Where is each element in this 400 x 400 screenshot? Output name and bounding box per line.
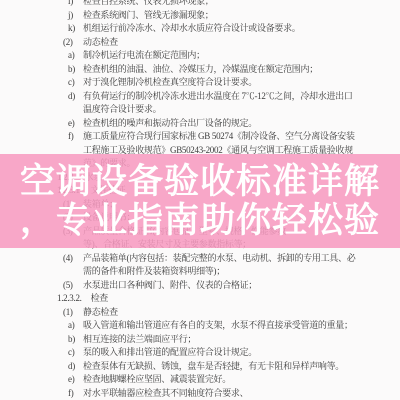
text-line: b)检查机组的油温、油位、冷媒压力，冷媒温度在额定范围内； [0,63,400,77]
text-line: c)泵的吸入和排出管道的配置应符合设计规定。 [0,346,400,360]
line-marker: b) [68,63,83,77]
line-marker: k) [68,22,83,36]
watermark-banner: 空调设备验收标准详解 ，专业指南助你轻松验 [0,154,400,248]
line-text: 水泵进出口各种阀门、附件、仪表的合格证； [83,279,257,293]
line-marker: (4) [63,252,83,266]
line-marker: a) [68,49,83,63]
line-text: 泵的吸入和排出管道的配置应符合设计规定。 [83,346,257,360]
watermark-title-line-2: ，专业指南助你轻松验 [0,201,400,240]
line-marker: j) [68,9,83,23]
line-text: 施工质量应符合现行国家标准 GB 50274《制冷设备、空气分离设备安装 [83,130,355,144]
line-marker: i) [68,0,83,9]
document-page: i)检查自控系统、仪表无损坏现象；j)检查系统阀门、管线无渗漏现象；k)机组运行… [0,0,400,400]
line-marker: e) [68,373,83,387]
line-marker: c) [68,346,83,360]
line-text: 制冷机运行电流在额定范围内； [83,49,205,63]
text-line: (2)动态检查 [0,36,400,50]
text-line: b)相互连接的法兰端面应平行； [0,333,400,347]
line-marker: d) [68,90,83,104]
line-text: 对于溴化锂制冷机检查真空度符合设计要求。 [83,76,257,90]
text-line: f)对水平联轴器应检查其不同轴度符合要求、 [0,387,400,400]
text-line: e)检查机组的噪声和振动符合出厂设备的规定。 [0,117,400,131]
line-marker: f) [68,387,83,400]
text-line: a)制冷机运行电流在额定范围内； [0,49,400,63]
line-text: 机组运行前冷冻水、冷却水水质应符合设计或设备要求。 [83,22,301,36]
line-text: 检查地脚螺栓应坚固、减震装置完好。 [83,373,231,387]
text-line: 1.2.3.2.检查 [0,292,400,306]
text-line: e)检查地脚螺栓应坚固、减震装置完好。 [0,373,400,387]
text-line: d)检查泵体有无缺损、锈蚀，盘车是否轻捷，有无卡阻和异样声响等。 [0,360,400,374]
line-text: 检查机组的噪声和振动符合出厂设备的规定。 [83,117,257,131]
line-marker: b) [68,333,83,347]
line-text: 检查泵体有无缺损、锈蚀，盘车是否轻捷，有无卡阻和异样声响等。 [83,360,344,374]
text-line: d)有负荷运行的制冷机冷冻水进出水温度在 7℃-12℃之间，冷却水进出口 [0,90,400,104]
line-marker: 1.2.3.2. [57,292,82,306]
text-line: 温度符合设计要求。 [0,103,400,117]
line-text: 吸入管道和输出管道应有各自的支架，水泵不得直接承受管道的重量； [83,319,353,333]
watermark-title-line-1: 空调设备验收标准详解 [0,162,400,201]
line-marker: f) [68,130,83,144]
line-marker: a) [68,319,83,333]
text-line: j)检查系统阀门、管线无渗漏现象； [0,9,400,23]
line-marker: (1) [63,306,83,320]
line-text: 对水平联轴器应检查其不同轴度符合要求、 [83,387,248,400]
line-marker: c) [68,76,83,90]
line-text: 需的备件和附件及装箱资料明细等)； [83,265,225,279]
text-line: (1)静态检查 [0,306,400,320]
line-text: 有负荷运行的制冷机冷冻水进出水温度在 7℃-12℃之间，冷却水进出口 [83,90,353,104]
text-line: c)对于溴化锂制冷机检查真空度符合设计要求。 [0,76,400,90]
text-line: 需的备件和附件及装箱资料明细等)； [0,265,400,279]
line-text: 检查 [91,292,108,306]
line-text: 温度符合设计要求。 [83,103,161,117]
text-line: a)吸入管道和输出管道应有各自的支架，水泵不得直接承受管道的重量； [0,319,400,333]
line-text: 静态检查 [83,306,118,320]
line-marker: e) [68,117,83,131]
text-line: (4)产品装箱单(内容包括：装配完整的水泵、电动机、拆卸的专用工具、必 [0,252,400,266]
text-line: k)机组运行前冷冻水、冷却水水质应符合设计或设备要求。 [0,22,400,36]
text-line: f)施工质量应符合现行国家标准 GB 50274《制冷设备、空气分离设备安装 [0,130,400,144]
text-line: (5)水泵进出口各种阀门、附件、仪表的合格证； [0,279,400,293]
line-text: 相互连接的法兰端面应平行； [83,333,196,347]
line-marker: (5) [63,279,83,293]
line-text: 检查机组的油温、油位、冷媒压力，冷媒温度在额定范围内； [83,63,318,77]
line-marker: (2) [63,36,83,50]
line-text: 检查自控系统、仪表无损坏现象； [83,0,214,9]
text-line: i)检查自控系统、仪表无损坏现象； [0,0,400,9]
line-text: 动态检查 [83,36,118,50]
line-text: 检查系统阀门、管线无渗漏现象； [83,9,214,23]
line-marker: d) [68,360,83,374]
line-text: 产品装箱单(内容包括：装配完整的水泵、电动机、拆卸的专用工具、必 [83,252,355,266]
